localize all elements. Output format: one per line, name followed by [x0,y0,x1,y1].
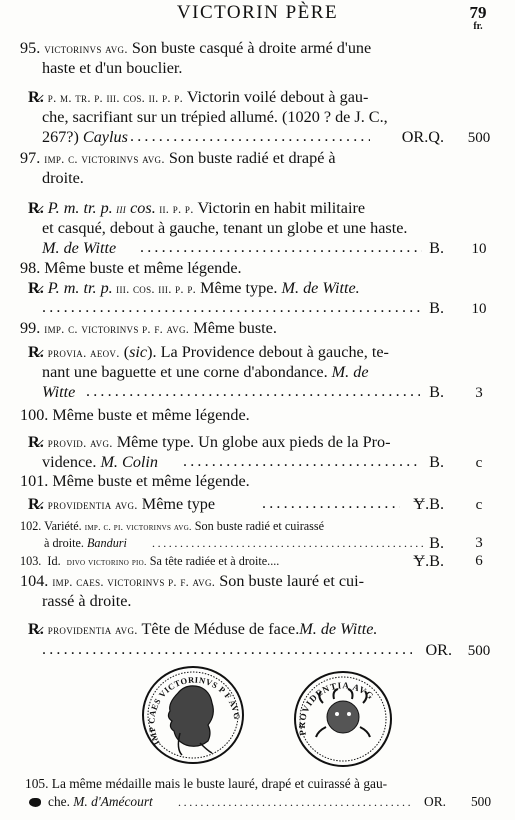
coin-legend: p. m. tr. p. iii. cos. ii. p. p. [48,91,183,105]
dot-leader: ........................................… [42,640,412,660]
reverse-mark-icon: R̷. [28,343,44,361]
dot-leader: ........................................… [152,533,424,553]
coin-illustration: IMP CAES VICTORINVS P F AVG PROVIDENTIA … [138,663,398,771]
dot-leader: ........................................… [183,452,420,472]
entry-text: 267?) [42,128,83,146]
source-citation: M. Colin [100,453,158,471]
entry-number: 105. [25,776,48,791]
entry-105-line-1: 105. La même médaille mais le buste laur… [25,774,387,794]
dot-leader: ........................................… [42,298,420,318]
entry-95-reverse-line-1: R̷. p. m. tr. p. iii. cos. ii. p. p. Vic… [28,87,368,108]
entry-number: 101. [20,472,48,490]
entry-text: Son buste radié et drapé à [165,149,336,167]
reverse-mark-icon: R̷. [28,199,44,217]
coin-legend: divo victorino pio. [67,558,147,568]
entry-102-line-2: à droite. Banduri [44,533,127,553]
entry-104-line-2: rassé à droite. [42,591,131,611]
entry-number: 97. [20,149,40,167]
grade-label: Ɏ.B. [396,494,444,514]
entry-97-line-1: 97. imp. c. victorinvs avg. Son buste ra… [20,148,336,169]
entry-104-line-1: 104. imp. caes. victorinvs p. f. avg. So… [20,571,364,592]
source-citation: Witte [42,383,75,401]
price-value: c [459,453,499,473]
entry-text: Son buste casqué à droite armé d'une [128,39,371,57]
reverse-mark-icon: R̷. [28,495,44,513]
entry-number: 102. [20,519,41,533]
entry-text: Victorin en habit militaire [194,199,365,217]
coin-legend: providentia avg. [48,498,138,512]
running-head-title: VICTORIN PÈRE [0,2,515,24]
entry-text: vidence. [42,453,100,471]
grade-label: Ɏ.B. [404,551,444,571]
grade-label: OR. [410,640,452,660]
source-citation: M. de [332,363,369,381]
entry-99-line-1: 99. imp. c. victorinvs p. f. avg. Même b… [20,318,277,339]
entry-text: à droite. [44,536,87,550]
price-value: 3 [459,533,499,553]
entry-number: 103. [20,554,41,568]
entry-95-line-2: haste et d'un bouclier. [42,58,182,78]
coin-legend: P. m. tr. p. [48,199,113,217]
price-value: 6 [459,551,499,571]
grade-label: B. [410,382,444,402]
entry-text: Même buste et même légende. [48,472,249,490]
entry-text: Tête de Méduse de face. [138,620,300,638]
entry-text: Même buste et même légende. [48,406,249,424]
coin-legend: provid. avg. [48,436,113,450]
entry-number: 95. [20,39,40,57]
grade-label: B. [410,238,444,258]
source-citation: M. de Witte. [299,620,377,638]
grade-label: B. [410,298,444,318]
entry-text: Son buste lauré et cui- [215,572,364,590]
source-citation: Caylus [83,128,128,146]
entry-text: ). La Providence debout à gauche, te- [147,343,389,361]
entry-number: 99. [20,319,40,337]
grade-label: OR.Q. [372,127,444,147]
entry-text: Sa tête radiée et à droite.... [147,554,280,568]
dot-leader: ........................................… [178,792,412,812]
entry-text: ( [120,343,129,361]
entry-95-line-1: 95. victorinvs avg. Son buste casqué à d… [20,38,371,59]
dot-leader: ........................................… [140,238,422,258]
coin-legend: victorinvs avg. [44,42,128,56]
entry-text: Même type. Un globe aux pieds de la Pro- [113,433,391,451]
book-page: VICTORIN PÈRE 79 fr. 95. victorinvs avg.… [0,0,515,820]
entry-104-reverse-line-1: R̷. providentia avg. Tête de Méduse de f… [28,619,377,640]
source-citation: M. de Witte [42,239,116,257]
reverse-mark-icon: R̷. [28,279,44,297]
entry-99-reverse-line-2: nant une baguette et une corne d'abondan… [42,362,369,382]
page-number: 79 fr. [463,4,493,32]
entry-99-reverse-line-1: R̷. provia. aeov. (sic). La Providence d… [28,342,389,363]
entry-text: Victorin voilé debout à gau- [183,88,368,106]
price-value: 500 [459,641,499,661]
entry-95-reverse-line-2: che, sacrifiant sur un trépied allumé. (… [42,107,388,127]
entry-97-line-2: droite. [42,168,84,188]
ink-blot [29,798,41,807]
coin-legend: iii. cos. iii. p. p. [113,282,196,296]
page-number-value: 79 [470,3,487,22]
coin-legend: imp. c. victorinvs avg. [44,152,165,166]
entry-100-line-1: 100. Même buste et même légende. [20,405,250,425]
entry-101-line-1: 101. Même buste et même légende. [20,471,250,491]
dot-leader: ........................................… [86,382,420,402]
price-unit-label: fr. [463,21,493,32]
source-citation: Banduri [87,536,127,550]
coin-legend: providentia avg. [48,623,138,637]
grade-label: OR. [410,792,446,812]
entry-text: Id. [41,554,66,568]
entry-number: 100. [20,406,48,424]
entry-text: Même type. [196,279,281,297]
entry-95-reverse-line-3: 267?) Caylus [42,127,128,147]
entry-number: 98. [20,259,40,277]
entry-103-line-1: 103. Id. divo victorino pio. Sa tête rad… [20,551,279,573]
coin-legend: provia. aeov. [48,346,120,360]
entry-text: che. [48,794,73,809]
price-value: 500 [459,128,499,148]
entry-text: nant une baguette et une corne d'abondan… [42,363,332,381]
price-value: 3 [459,383,499,403]
source-citation: M. de Witte. [282,279,360,297]
entry-105-line-2: che. M. d'Amécourt [48,792,153,812]
entry-97-reverse-line-1: R̷. P. m. tr. p. iii cos. ii. p. p. Vict… [28,198,365,219]
aureus-engraving-icon: IMP CAES VICTORINVS P F AVG PROVIDENTIA … [138,663,398,771]
coin-legend: P. m. tr. p. [48,279,113,297]
entry-text: La même médaille mais le buste lauré, dr… [48,776,387,791]
entry-100-reverse-line-2: vidence. M. Colin [42,452,158,472]
reverse-mark-icon: R̷. [28,88,44,106]
entry-text: Même type [138,495,215,513]
dot-leader: ........................................… [130,127,370,147]
coin-legend: imp. c. victorinvs p. f. avg. [44,322,189,336]
reverse-mark-icon: R̷. [28,620,44,638]
entry-number: 104. [20,572,48,590]
entry-text: Même buste et même légende. [40,259,241,277]
reverse-mark-icon: R̷. [28,433,44,451]
entry-text: Variété. [41,519,84,533]
dot-leader: ........................................… [262,494,400,514]
coin-legend: imp. c. pi. victorinvs avg. [85,523,192,533]
entry-97-reverse-line-2: et casqué, debout à gauche, tenant un gl… [42,218,407,238]
grade-label: B. [414,533,444,553]
price-value: 500 [461,792,501,812]
coin-legend: ii. p. p. [156,202,194,216]
entry-97-reverse-line-3: M. de Witte [42,238,116,258]
price-value: 10 [459,299,499,319]
source-citation: M. d'Amécourt [73,794,152,809]
entry-98-reverse-line-1: R̷. P. m. tr. p. iii. cos. iii. p. p. Mê… [28,278,360,299]
coin-legend: cos. [126,199,156,217]
entry-98-line-1: 98. Même buste et même légende. [20,258,242,278]
price-value: c [459,495,499,515]
editorial-note: sic [129,343,147,361]
entry-100-reverse-line-1: R̷. provid. avg. Même type. Un globe aux… [28,432,391,453]
entry-text: Même buste. [189,319,277,337]
price-value: 10 [459,239,499,259]
entry-99-reverse-line-3: Witte [42,382,75,402]
grade-label: B. [410,452,444,472]
coin-legend: iii [113,202,126,216]
coin-legend: imp. caes. victorinvs p. f. avg. [52,575,215,589]
entry-text: Son buste radié et cuirassé [192,519,324,533]
entry-101-reverse-line-1: R̷. providentia avg. Même type [28,494,215,515]
